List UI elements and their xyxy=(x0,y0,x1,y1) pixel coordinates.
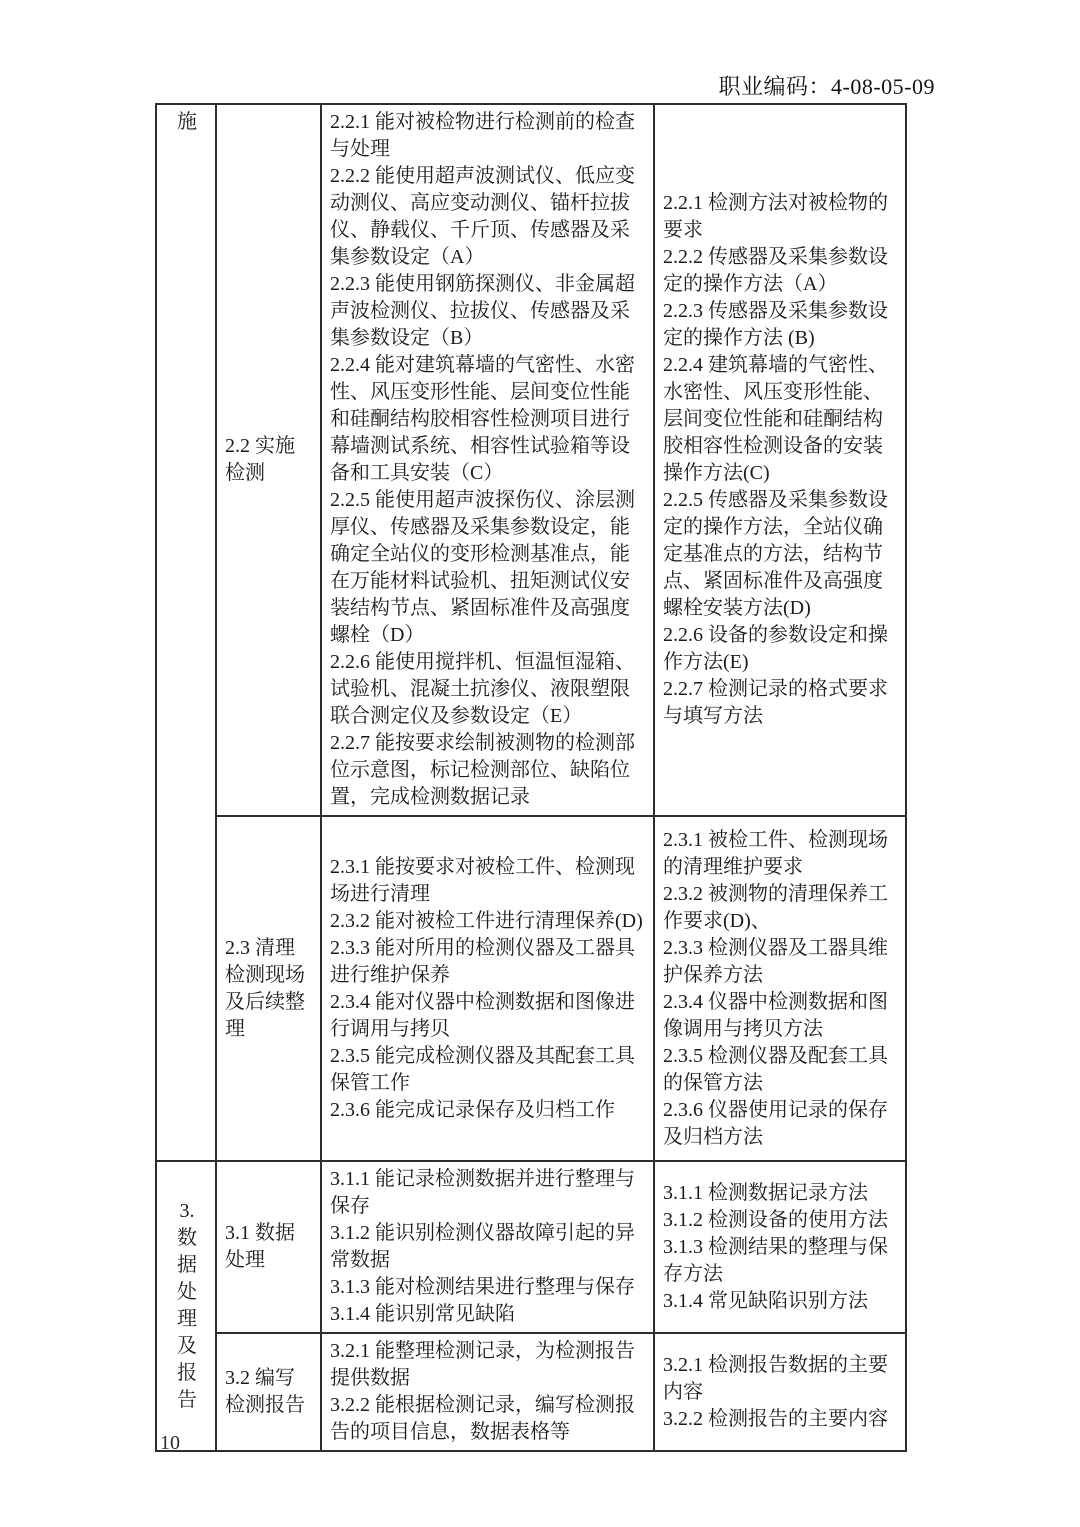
knowledge-item: 3.1.2 检测设备的使用方法 xyxy=(663,1207,899,1234)
skill-item: 2.2.7 能按要求绘制被测物的检测部位示意图，标记检测部位、缺陷位置，完成检测… xyxy=(330,730,647,811)
skill-item: 2.2.5 能使用超声波探伤仪、涂层测厚仪、传感器及采集参数设定，能确定全站仪的… xyxy=(330,487,647,649)
occupation-cell-section3: 3. 数 据 处 理 及 报 告 xyxy=(156,1161,216,1451)
occupation-code: 职业编码：4-08-05-09 xyxy=(155,70,935,101)
table-row: 2.3 清理检测现场及后续整理 2.3.1 能按要求对被检工件、检测现场进行清理… xyxy=(156,816,906,1161)
knowledge-item: 2.3.5 检测仪器及配套工具的保管方法 xyxy=(663,1043,899,1097)
skill-item: 3.1.1 能记录检测数据并进行整理与保存 xyxy=(330,1166,647,1220)
skill-item: 2.3.2 能对被检工件进行清理保养(D) xyxy=(330,908,647,935)
knowledge-item: 3.1.3 检测结果的整理与保存方法 xyxy=(663,1234,899,1288)
table-row: 3. 数 据 处 理 及 报 告 3.1 数据处理 3.1.1 能记录检测数据并… xyxy=(156,1161,906,1333)
skill-item: 3.2.2 能根据检测记录，编写检测报告的项目信息，数据表格等 xyxy=(330,1392,647,1446)
skill-item: 2.2.3 能使用钢筋探测仪、非金属超声波检测仪、拉拔仪、传感器及采集参数设定（… xyxy=(330,271,647,352)
knowledge-cell-3-1: 3.1.1 检测数据记录方法 3.1.2 检测设备的使用方法 3.1.3 检测结… xyxy=(654,1161,906,1333)
task-cell-3-2: 3.2 编写检测报告 xyxy=(216,1333,321,1451)
knowledge-item: 2.2.1 检测方法对被检物的要求 xyxy=(663,190,899,244)
skill-item: 2.2.1 能对被检物进行检测前的检查与处理 xyxy=(330,109,647,163)
skill-item: 2.2.4 能对建筑幕墙的气密性、水密性、风压变形性能、层间变位性能和硅酮结构胶… xyxy=(330,352,647,487)
knowledge-item: 2.3.4 仪器中检测数据和图像调用与拷贝方法 xyxy=(663,989,899,1043)
task-cell-2-2: 2.2 实施检测 xyxy=(216,104,321,816)
occupation-char: 数 xyxy=(165,1225,209,1252)
knowledge-item: 3.1.4 常见缺陷识别方法 xyxy=(663,1288,899,1315)
knowledge-item: 2.2.3 传感器及采集参数设定的操作方法 (B) xyxy=(663,298,899,352)
occupation-char: 报 xyxy=(165,1360,209,1387)
knowledge-item: 3.2.2 检测报告的主要内容 xyxy=(663,1406,899,1433)
skill-item: 3.1.3 能对检测结果进行整理与保存 xyxy=(330,1274,647,1301)
knowledge-item: 2.3.1 被检工件、检测现场的清理维护要求 xyxy=(663,827,899,881)
skills-cell-3-1: 3.1.1 能记录检测数据并进行整理与保存 3.1.2 能识别检测仪器故障引起的… xyxy=(321,1161,654,1333)
knowledge-cell-2-3: 2.3.1 被检工件、检测现场的清理维护要求 2.3.2 被测物的清理保养工作要… xyxy=(654,816,906,1161)
skills-cell-2-2: 2.2.1 能对被检物进行检测前的检查与处理 2.2.2 能使用超声波测试仪、低… xyxy=(321,104,654,816)
occupation-char: 施 xyxy=(165,109,209,136)
task-cell-3-1: 3.1 数据处理 xyxy=(216,1161,321,1333)
knowledge-item: 2.2.7 检测记录的格式要求与填写方法 xyxy=(663,676,899,730)
skill-item: 2.3.4 能对仪器中检测数据和图像进行调用与拷贝 xyxy=(330,989,647,1043)
knowledge-cell-2-2: 2.2.1 检测方法对被检物的要求 2.2.2 传感器及采集参数设定的操作方法（… xyxy=(654,104,906,816)
knowledge-item: 2.2.5 传感器及采集参数设定的操作方法，全站仪确定基准点的方法，结构节点、紧… xyxy=(663,487,899,622)
skill-item: 2.2.6 能使用搅拌机、恒温恒湿箱、试验机、混凝土抗渗仪、液限塑限联合测定仪及… xyxy=(330,649,647,730)
skills-cell-3-2: 3.2.1 能整理检测记录，为检测报告提供数据 3.2.2 能根据检测记录，编写… xyxy=(321,1333,654,1451)
skill-item: 2.3.5 能完成检测仪器及其配套工具保管工作 xyxy=(330,1043,647,1097)
knowledge-item: 2.2.6 设备的参数设定和操作方法(E) xyxy=(663,622,899,676)
page-number: 10 xyxy=(160,1432,180,1455)
skills-knowledge-table: 施 2.2 实施检测 2.2.1 能对被检物进行检测前的检查与处理 2.2.2 … xyxy=(155,103,907,1452)
knowledge-cell-3-2: 3.2.1 检测报告数据的主要内容 3.2.2 检测报告的主要内容 xyxy=(654,1333,906,1451)
knowledge-item: 2.2.4 建筑幕墙的气密性、水密性、风压变形性能、层间变位性能和硅酮结构胶相容… xyxy=(663,352,899,487)
skill-item: 2.2.2 能使用超声波测试仪、低应变动测仪、高应变动测仪、锚杆拉拔仪、静载仪、… xyxy=(330,163,647,271)
knowledge-item: 2.3.3 检测仪器及工器具维护保养方法 xyxy=(663,935,899,989)
document-page: { "header": { "code": "职业编码：4-08-05-09" … xyxy=(0,0,1080,1527)
occupation-char: 告 xyxy=(165,1387,209,1414)
occupation-char: 据 xyxy=(165,1252,209,1279)
occupation-cell-section2: 施 xyxy=(156,104,216,1161)
skill-item: 3.1.4 能识别常见缺陷 xyxy=(330,1301,647,1328)
task-cell-2-3: 2.3 清理检测现场及后续整理 xyxy=(216,816,321,1161)
skill-item: 2.3.6 能完成记录保存及归档工作 xyxy=(330,1097,647,1124)
knowledge-item: 2.2.2 传感器及采集参数设定的操作方法（A） xyxy=(663,244,899,298)
occupation-char: 3. xyxy=(165,1198,209,1225)
occupation-char: 处 xyxy=(165,1279,209,1306)
skill-item: 2.3.3 能对所用的检测仪器及工器具进行维护保养 xyxy=(330,935,647,989)
occupation-char: 理 xyxy=(165,1306,209,1333)
occupation-char: 及 xyxy=(165,1333,209,1360)
knowledge-item: 2.3.2 被测物的清理保养工作要求(D)、 xyxy=(663,881,899,935)
skills-cell-2-3: 2.3.1 能按要求对被检工件、检测现场进行清理 2.3.2 能对被检工件进行清… xyxy=(321,816,654,1161)
skill-item: 3.1.2 能识别检测仪器故障引起的异常数据 xyxy=(330,1220,647,1274)
table-row: 施 2.2 实施检测 2.2.1 能对被检物进行检测前的检查与处理 2.2.2 … xyxy=(156,104,906,816)
knowledge-item: 3.1.1 检测数据记录方法 xyxy=(663,1180,899,1207)
knowledge-item: 3.2.1 检测报告数据的主要内容 xyxy=(663,1352,899,1406)
skill-item: 2.3.1 能按要求对被检工件、检测现场进行清理 xyxy=(330,854,647,908)
skill-item: 3.2.1 能整理检测记录，为检测报告提供数据 xyxy=(330,1338,647,1392)
table-row: 3.2 编写检测报告 3.2.1 能整理检测记录，为检测报告提供数据 3.2.2… xyxy=(156,1333,906,1451)
knowledge-item: 2.3.6 仪器使用记录的保存及归档方法 xyxy=(663,1097,899,1151)
